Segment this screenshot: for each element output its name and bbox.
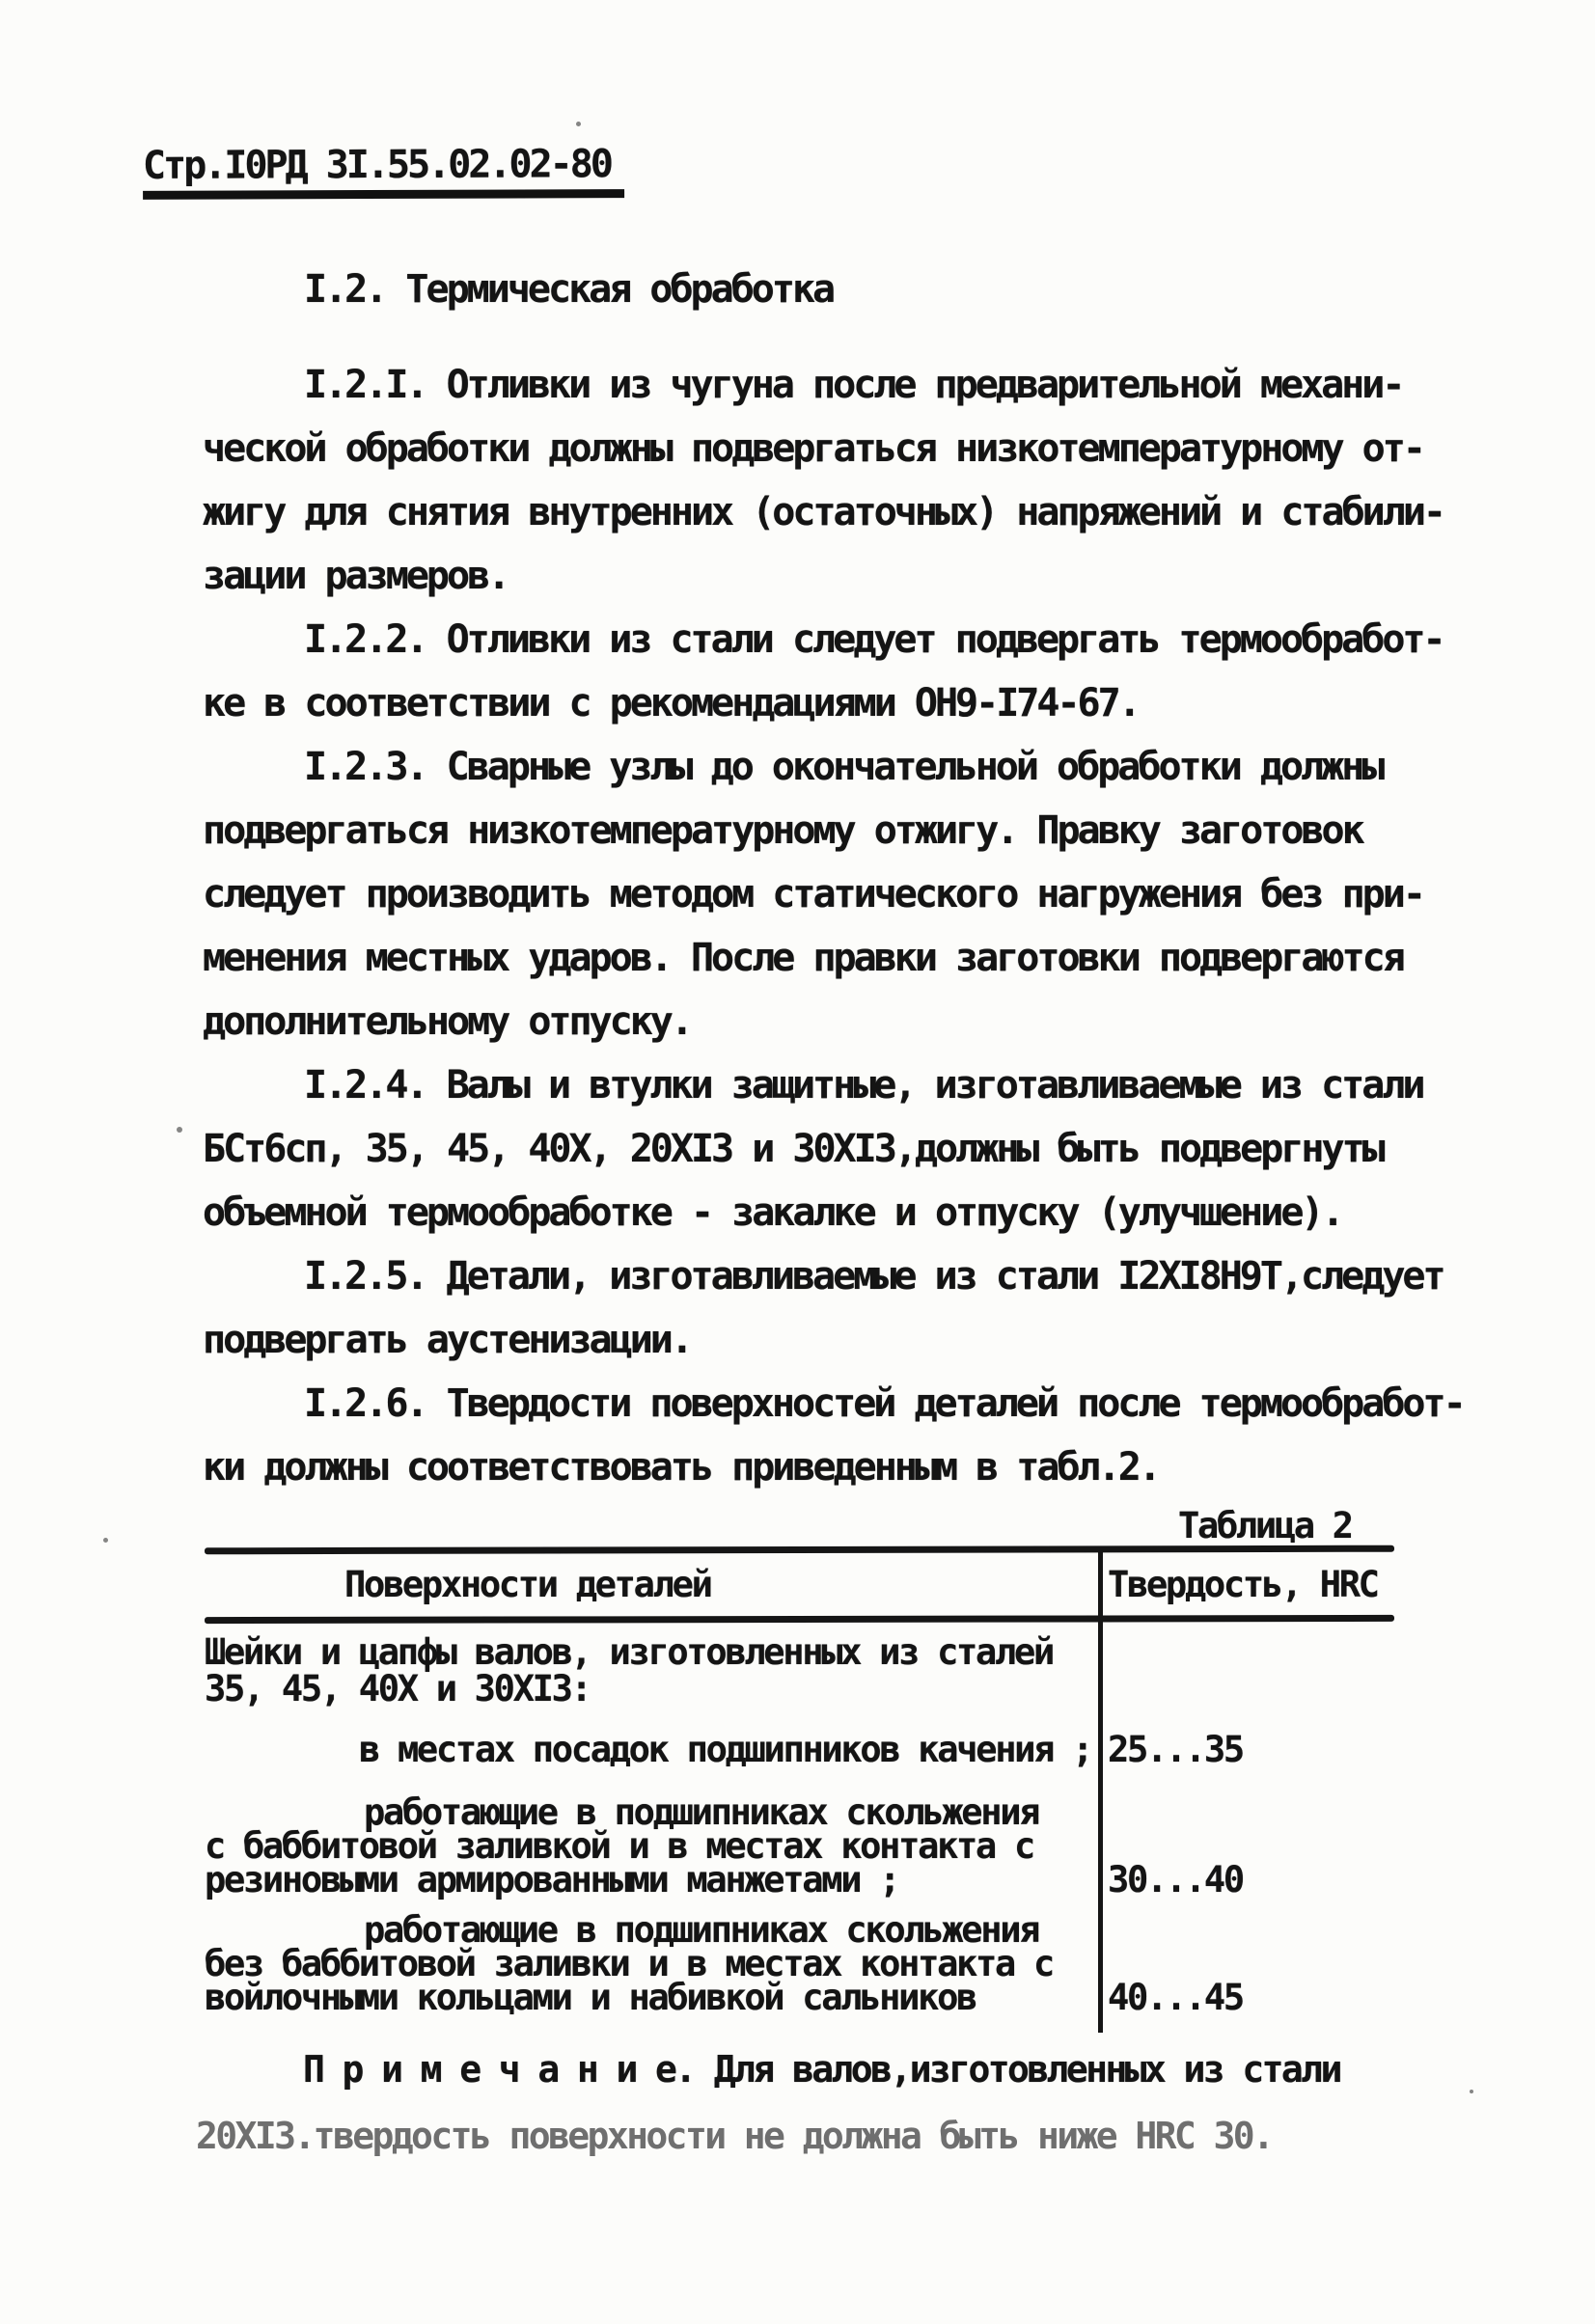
scan-speck bbox=[576, 122, 581, 126]
document-body: I.2. Термическая обработка I.2.I. Отливк… bbox=[203, 258, 1515, 1499]
section-heading: I.2. Термическая обработка bbox=[203, 258, 1515, 321]
table-column-divider bbox=[1098, 1548, 1103, 2033]
note-line-1: П р и м е ч а н и е. Для валов,изготовле… bbox=[303, 2048, 1340, 2091]
scan-speck bbox=[1470, 2090, 1473, 2093]
paragraph-1-2-6-line: I.2.6. Твердости поверхностей деталей по… bbox=[203, 1372, 1515, 1435]
table-row-line: 35, 45, 40Х и 30ХI3: bbox=[205, 1671, 591, 1708]
paragraph-1-2-2-line: I.2.2. Отливки из стали следует подверга… bbox=[203, 608, 1515, 671]
table-caption: Таблица 2 bbox=[1178, 1505, 1352, 1547]
table-row-line: Шейки и цапфы валов, изготовленных из ст… bbox=[205, 1634, 1053, 1671]
scanned-document-page: Стр.I0РД 3I.55.02.02-80 I.2. Термическая… bbox=[0, 0, 1595, 2324]
page-header-text: Стр.I0РД 3I.55.02.02-80 bbox=[143, 140, 624, 200]
table-row-line: резиновыми армированными манжетами ; bbox=[205, 1862, 898, 1899]
paragraph-1-2-3-line: следует производить методом статического… bbox=[203, 862, 1515, 926]
paragraph-1-2-6-line: ки должны соответствовать приведенным в … bbox=[203, 1435, 1515, 1499]
paragraph-1-2-1-line: ческой обработки должны подвергаться низ… bbox=[203, 417, 1515, 480]
column-header-surfaces: Поверхности деталей bbox=[344, 1553, 711, 1616]
hardness-value: 25...35 bbox=[1108, 1732, 1243, 1768]
note-line-2: 20ХI3.твердость поверхности не должна бы… bbox=[196, 2117, 1272, 2155]
paragraph-1-2-4-line: I.2.4. Валы и втулки защитные, изготавли… bbox=[203, 1053, 1515, 1117]
paragraph-1-2-3-line: дополнительному отпуску. bbox=[203, 990, 1515, 1053]
paragraph-1-2-3-line: I.2.3. Сварные узлы до окончательной обр… bbox=[203, 735, 1515, 799]
paragraph-1-2-4-line: БСт6сп, 35, 45, 40Х, 20ХI3 и 30ХI3,должн… bbox=[203, 1117, 1515, 1181]
scan-speck bbox=[177, 1127, 182, 1133]
paragraph-1-2-1-line: зации размеров. bbox=[203, 544, 1515, 608]
hardness-table: Поверхности деталей Твердость, HRC Шейки… bbox=[205, 1546, 1394, 2033]
paragraph-1-2-5-line: I.2.5. Детали, изготавливаемые из стали … bbox=[203, 1244, 1515, 1308]
column-header-hardness: Твердость, HRC bbox=[1108, 1553, 1378, 1616]
table-header-rule bbox=[205, 1615, 1394, 1624]
table-row-line: войлочными кольцами и набивкой сальников bbox=[205, 1980, 976, 2016]
paragraph-1-2-3-line: подвергаться низкотемпературному отжигу.… bbox=[203, 799, 1515, 862]
table-row-line: в местах посадок подшипников качения ; bbox=[359, 1732, 1091, 1768]
scan-speck bbox=[103, 1538, 108, 1543]
paragraph-1-2-3-line: менения местных ударов. После правки заг… bbox=[203, 926, 1515, 990]
paragraph-1-2-4-line: объемной термообработке - закалке и отпу… bbox=[203, 1181, 1515, 1244]
paragraph-1-2-1-line: I.2.I. Отливки из чугуна после предварит… bbox=[203, 353, 1515, 417]
paragraph-1-2-2-line: ке в соответствии с рекомендациями ОН9-I… bbox=[203, 671, 1515, 735]
hardness-value: 30...40 bbox=[1108, 1862, 1243, 1899]
heading-gap bbox=[203, 321, 1515, 353]
hardness-value: 40...45 bbox=[1108, 1980, 1243, 2016]
paragraph-1-2-5-line: подвергать аустенизации. bbox=[203, 1308, 1515, 1372]
page-header: Стр.I0РД 3I.55.02.02-80 bbox=[143, 141, 624, 199]
paragraph-1-2-1-line: жигу для снятия внутренних (остаточных) … bbox=[203, 480, 1515, 544]
